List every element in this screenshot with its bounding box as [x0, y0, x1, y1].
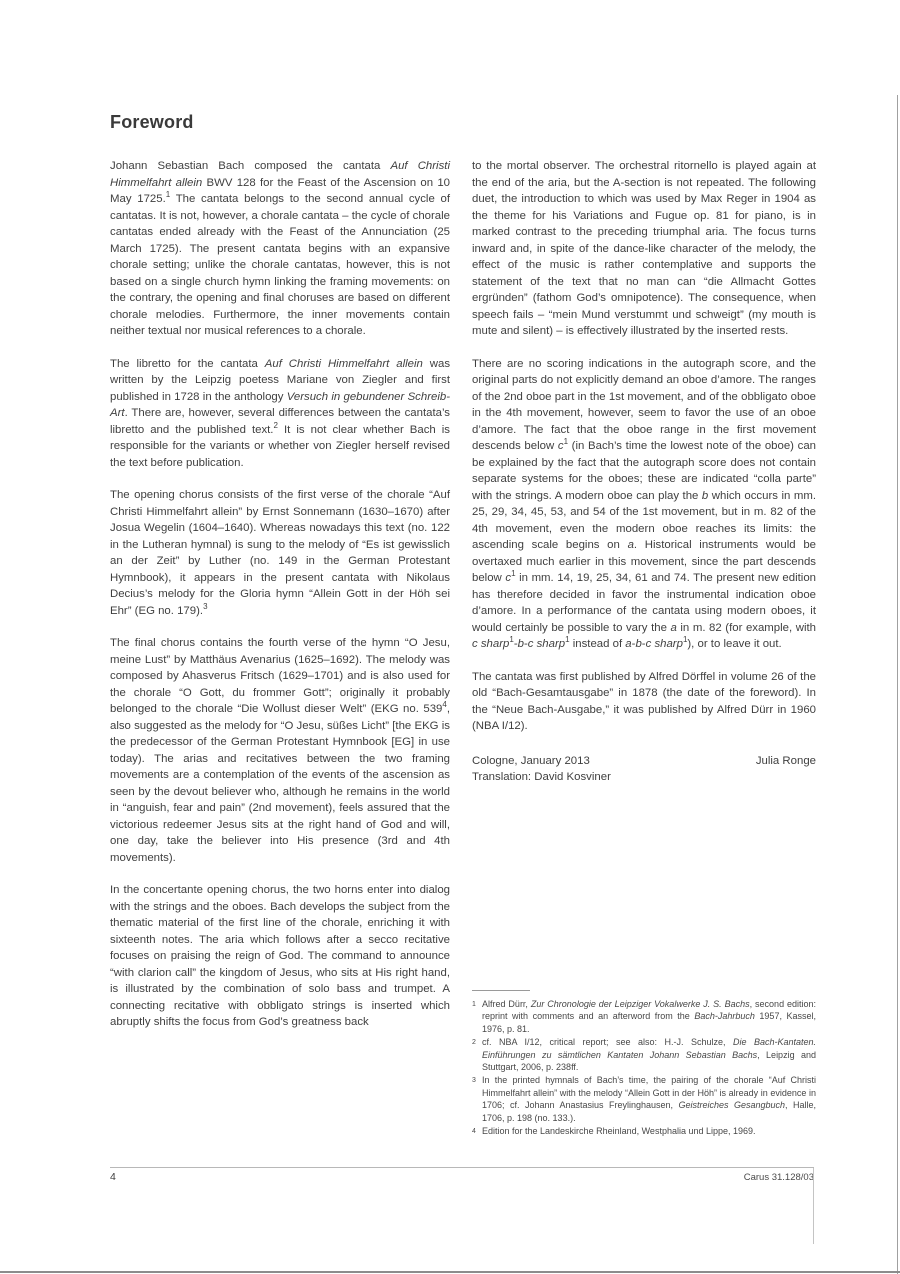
page-edge-right-line	[897, 95, 898, 1274]
document-page: Foreword Johann Sebastian Bach composed …	[0, 0, 900, 1274]
footnote: 2 cf. NBA I/12, critical report; see als…	[472, 1036, 816, 1073]
footnote-text: Alfred Dürr, Zur Chronologie der Leipzig…	[482, 998, 816, 1035]
footer-page-number: 4	[110, 1171, 116, 1183]
paragraph: The libretto for the cantata Auf Christi…	[110, 356, 450, 472]
footnote: 4 Edition for the Landeskirche Rheinland…	[472, 1125, 816, 1138]
paragraph: In the concertante opening chorus, the t…	[110, 882, 450, 1031]
footnote-separator-line	[472, 990, 530, 991]
footer-edition-number: Carus 31.128/03	[744, 1172, 814, 1183]
signature-author: Julia Ronge	[756, 753, 816, 770]
paragraph: The opening chorus consists of the first…	[110, 487, 450, 619]
footer-rule	[110, 1167, 814, 1168]
paragraph: The final chorus contains the fourth ver…	[110, 635, 450, 866]
footnote-text: In the printed hymnals of Bach’s time, t…	[482, 1074, 816, 1124]
footnote: 3 In the printed hymnals of Bach’s time,…	[472, 1074, 816, 1124]
paragraph: Johann Sebastian Bach composed the canta…	[110, 158, 450, 340]
signature-place-date: Cologne, January 2013	[472, 753, 590, 770]
signature-translation: Translation: David Kosviner	[472, 769, 816, 786]
page-edge-footer-vertical-line	[813, 1168, 814, 1244]
footnote-text: cf. NBA I/12, critical report; see also:…	[482, 1036, 816, 1073]
footnote: 1 Alfred Dürr, Zur Chronologie der Leipz…	[472, 998, 816, 1035]
footnote-text: Edition for the Landeskirche Rheinland, …	[482, 1125, 816, 1138]
signature-block: Cologne, January 2013 Julia Ronge Transl…	[472, 753, 816, 786]
paragraph: to the mortal observer. The orchestral r…	[472, 158, 816, 340]
footnote-marker: 1	[472, 998, 482, 1035]
left-text-column: Johann Sebastian Bach composed the canta…	[110, 158, 450, 1031]
footnote-marker: 2	[472, 1036, 482, 1073]
paragraph: The cantata was first published by Alfre…	[472, 669, 816, 735]
page-title: Foreword	[110, 112, 194, 133]
footnote-marker: 3	[472, 1074, 482, 1124]
footnotes-block: 1 Alfred Dürr, Zur Chronologie der Leipz…	[472, 990, 816, 1139]
paragraph: There are no scoring indications in the …	[472, 356, 816, 653]
footnote-marker: 4	[472, 1125, 482, 1138]
page-edge-bottom-line	[0, 1271, 900, 1273]
right-text-column: to the mortal observer. The orchestral r…	[472, 158, 816, 786]
